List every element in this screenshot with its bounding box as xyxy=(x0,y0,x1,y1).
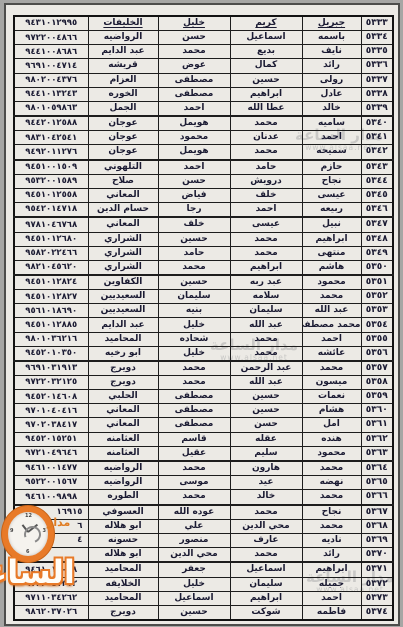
family-name-cell: دويرج xyxy=(88,361,158,376)
father-name-cell: سليمان xyxy=(230,304,302,318)
father-name-cell: احمد xyxy=(230,203,302,218)
first-name-cell: محمد xyxy=(302,519,361,533)
father-name-cell: ابراهيم xyxy=(230,591,302,605)
table-row: ٥٣٤٥عيسىخلففياضالمعاني٩٤٥١٠١٢٥٥٨ xyxy=(14,188,393,202)
phone-cell: ٩٥٨٢٠٢٢٤٦٦ xyxy=(14,246,88,260)
first-name-cell: جبريل xyxy=(302,16,361,31)
table-row: ٥٣٣٧رولىحسينمصطفىالعزام٩٨٠٢٠٠٤٣٧٦ xyxy=(14,73,393,87)
serial-cell: ٥٣٥٦ xyxy=(361,346,393,361)
first-name-cell: نهضه xyxy=(302,476,361,490)
family-name-cell: الخوره xyxy=(88,87,158,101)
first-name-cell: جميله xyxy=(302,577,361,591)
family-name-cell: العثامنه xyxy=(88,446,158,461)
first-name-cell: هشام xyxy=(302,404,361,418)
phone-cell: ٩٤٦١٠١٠٠٧٨ xyxy=(14,562,88,577)
serial-cell: ٥٣٤٣ xyxy=(361,160,393,175)
phone-cell: ٩٤٤١٠١٣٢٤٣ xyxy=(14,87,88,101)
family-name-cell: الخليفات xyxy=(88,16,158,31)
grandfather-name-cell: موسى xyxy=(158,476,230,490)
family-name-cell: الطوره xyxy=(88,490,158,505)
serial-cell: ٥٣٦٩ xyxy=(361,533,393,547)
grandfather-name-cell: مصطفى xyxy=(158,418,230,432)
grandfather-name-cell: حسن xyxy=(158,174,230,188)
family-name-cell: المعاني xyxy=(88,404,158,418)
father-name-cell: عطا الله xyxy=(230,101,302,116)
serial-cell: ٥٣٦٠ xyxy=(361,404,393,418)
grandfather-name-cell: محمد xyxy=(158,376,230,390)
first-name-cell: محمد xyxy=(302,361,361,376)
phone-cell: ٩٧١١٠٣٤٢٦٢ xyxy=(14,591,88,605)
serial-cell: ٥٣٥٩ xyxy=(361,390,393,404)
family-name-cell: حسام الدين xyxy=(88,203,158,218)
father-name-cell: عبد الرحمن xyxy=(230,361,302,376)
serial-cell: ٥٣٤٤ xyxy=(361,174,393,188)
serial-cell: ٥٣٥٤ xyxy=(361,318,393,332)
first-name-cell: هاشم xyxy=(302,260,361,275)
table-row: ٥٣٥٢محمدسلامهسليمانالسعيديين٩٤٥١٠١٢٨٢٧ xyxy=(14,290,393,304)
phone-cell: ٩٦٩١٠٠٤٧١٤ xyxy=(14,59,88,73)
table-row: ٥٣٦٧نجاحمحمدعوده اللهالعسوفي١٦٩١٥ xyxy=(14,505,393,520)
first-name-cell: ربيعه xyxy=(302,203,361,218)
serial-cell: ٥٣٦٥ xyxy=(361,476,393,490)
first-name-cell: نبيل xyxy=(302,217,361,232)
grandfather-name-cell: محمد xyxy=(158,361,230,376)
first-name-cell: نعمات xyxy=(302,390,361,404)
family-name-cell: عوجان xyxy=(88,116,158,131)
father-name-cell: شوكت xyxy=(230,605,302,620)
father-name-cell: محمد xyxy=(230,116,302,131)
grandfather-name-cell: محمود xyxy=(158,131,230,145)
table-row: ٥٣٥٣عبد اللهسليمانبنيهالسعيديين٩٥٦١٠١٨٦٩… xyxy=(14,304,393,318)
grandfather-name-cell: حامد xyxy=(158,246,230,260)
family-name-cell: الرواضيه xyxy=(88,31,158,45)
grandfather-name-cell: احمد xyxy=(158,101,230,116)
serial-cell: ٥٣٤٩ xyxy=(361,246,393,260)
first-name-cell: نجاح xyxy=(302,505,361,520)
grandfather-name-cell: خليل xyxy=(158,318,230,332)
grandfather-name-cell: هويمل xyxy=(158,116,230,131)
father-name-cell: حسين xyxy=(230,73,302,87)
father-name-cell: محمد xyxy=(230,505,302,520)
family-name-cell: المعاني xyxy=(88,418,158,432)
family-name-cell: المعاني xyxy=(88,217,158,232)
serial-cell: ٥٣٣٧ xyxy=(361,73,393,87)
serial-cell: ٥٣٤٢ xyxy=(361,145,393,160)
grandfather-name-cell: جعفر xyxy=(158,562,230,577)
table-row: ٥٣٤٦ربيعهاحمدرجاحسام الدين٩٥٤٢٠١٤٧١٨ xyxy=(14,203,393,218)
serial-cell: ٥٣٦٤ xyxy=(361,461,393,476)
family-name-cell: دويرج xyxy=(88,605,158,620)
phone-cell: ٩٤٥١٠١٢٦٨٠ xyxy=(14,232,88,246)
grandfather-name-cell: محمد xyxy=(158,260,230,275)
phone-cell: ٩٨٢١٠٤٥٦٢٠ xyxy=(14,260,88,275)
family-name-cell: دويرج xyxy=(88,376,158,390)
table-row: ٥٣٥٦عائشهمحمدخليلابو رخيه٩٤٥٢٠١٠٣٥٠ xyxy=(14,346,393,361)
table-row: ٥٣٥٥احمدمحمدشحادهالمحاميد٩٨٠١٠٣٦٢١٦ xyxy=(14,332,393,346)
first-name-cell: محمد xyxy=(302,461,361,476)
serial-cell: ٥٣٧٠ xyxy=(361,547,393,562)
family-name-cell: المحاميد xyxy=(88,562,158,577)
phone-cell: ١٦٩١٥ xyxy=(14,505,88,520)
phone-cell: ٩٧٢٢٠٤١٣١٢ xyxy=(14,577,88,591)
family-name-cell: ابو هلاله xyxy=(88,519,158,533)
phone-cell: ٩٤٦١٠٠٩٨٩٨ xyxy=(14,490,88,505)
first-name-cell: خالد xyxy=(302,101,361,116)
father-name-cell: عيسى xyxy=(230,217,302,232)
grandfather-name-cell: محي الدين xyxy=(158,547,230,562)
phone-cell: ٩٨٦٢٠٣٧٠٢٦ xyxy=(14,605,88,620)
phone-cell: ٩٧٠٢٠٣٨٤١٧ xyxy=(14,418,88,432)
grandfather-name-cell: عوض xyxy=(158,59,230,73)
phone-cell: ٩٨٠٢٠٠٤٣٧٦ xyxy=(14,73,88,87)
grandfather-name-cell: مصطفى xyxy=(158,390,230,404)
first-name-cell: ساميه xyxy=(302,116,361,131)
family-name-cell: العسوفي xyxy=(88,505,158,520)
table-row: ٥٣٧١ابراهيماسماعيلجعفرالمحاميد٩٤٦١٠١٠٠٧٨ xyxy=(14,562,393,577)
table-row: ٥٣٥٧محمدعبد الرحمنمحمددويرج٩٦٩١٠٣١٩١٣ xyxy=(14,361,393,376)
serial-cell: ٥٣٥٣ xyxy=(361,304,393,318)
serial-cell: ٥٣٥٨ xyxy=(361,376,393,390)
first-name-cell: محمود xyxy=(302,446,361,461)
grandfather-name-cell: احمد xyxy=(158,160,230,175)
first-name-cell: محمد xyxy=(302,490,361,505)
father-name-cell: عقله xyxy=(230,432,302,446)
table-row: ٥٣٤٨ابراهيممحمدحسينالشراري٩٤٥١٠١٢٦٨٠ xyxy=(14,232,393,246)
serial-cell: ٥٣٣٩ xyxy=(361,101,393,116)
grandfather-name-cell: علي xyxy=(158,519,230,533)
father-name-cell: حسن xyxy=(230,418,302,432)
family-name-cell: العزام xyxy=(88,73,158,87)
phone-cell: ٩٧٢٢٠٣٢١٢٥ xyxy=(14,376,88,390)
first-name-cell: رائد xyxy=(302,59,361,73)
phone-cell: ٩٨٣١٠٤٢٥٤١ xyxy=(14,131,88,145)
first-name-cell: ميسون xyxy=(302,376,361,390)
first-name-cell: ابراهيم xyxy=(302,232,361,246)
family-name-cell: الرواضيه xyxy=(88,476,158,490)
grandfather-name-cell: مصطفى xyxy=(158,73,230,87)
phone-cell: ٩٤٣١٠١٢٩٩٥ xyxy=(14,16,88,31)
father-name-cell: كريم xyxy=(230,16,302,31)
phone-cell: ٩٥٤٢٠١٤٧١٨ xyxy=(14,203,88,218)
first-name-cell: محمد xyxy=(302,290,361,304)
first-name-cell: احمد xyxy=(302,131,361,145)
table-row: ٥٣٦٩ناديهعارفمنصورحسونه٤ xyxy=(14,533,393,547)
family-name-cell: الكفاوين xyxy=(88,275,158,290)
father-name-cell: عيد xyxy=(230,476,302,490)
table-row: ٥٣٣٣جبريلكريمخليلالخليفات٩٤٣١٠١٢٩٩٥ xyxy=(14,16,393,31)
table-row: ٥٣٣٦رائدكمالعوضقريشه٩٦٩١٠٠٤٧١٤ xyxy=(14,59,393,73)
grandfather-name-cell: منصور xyxy=(158,533,230,547)
table-row: ٥٣٣٨عادلابراهيممصطفىالخوره٩٤٤١٠١٣٢٤٣ xyxy=(14,87,393,101)
family-name-cell: المحاميد xyxy=(88,332,158,346)
father-name-cell: محمد xyxy=(230,346,302,361)
phone-cell: ٦ xyxy=(14,519,88,533)
first-name-cell: محمود xyxy=(302,275,361,290)
grandfather-name-cell: محمد xyxy=(158,45,230,59)
grandfather-name-cell: حسين xyxy=(158,275,230,290)
father-name-cell: محمد xyxy=(230,547,302,562)
phone-cell: ٤ xyxy=(14,533,88,547)
grandfather-name-cell: محمد xyxy=(158,490,230,505)
father-name-cell: كمال xyxy=(230,59,302,73)
grandfather-name-cell: عقيل xyxy=(158,446,230,461)
phone-cell: ٩٤٤٢٠١٢٥٨٨ xyxy=(14,116,88,131)
table-row: ٥٣٤٠ساميهمحمدهويملعوجان٩٤٤٢٠١٢٥٨٨ xyxy=(14,116,393,131)
phone-cell: ٩٤٥١٠١٢٥٥٨ xyxy=(14,188,88,202)
phone-cell: ٩٤٥١٠١٢٨٢٤ xyxy=(14,275,88,290)
family-name-cell: الرواضيه xyxy=(88,461,158,476)
grandfather-name-cell: مصطفى xyxy=(158,87,230,101)
serial-cell: ٥٣٦٧ xyxy=(361,505,393,520)
grandfather-name-cell: حسين xyxy=(158,232,230,246)
serial-cell: ٥٣٥٠ xyxy=(361,260,393,275)
grandfather-name-cell: خليل xyxy=(158,577,230,591)
grandfather-name-cell: خلف xyxy=(158,217,230,232)
table-row: ٥٣٦٠هشامحسينمصطفىالمعاني٩٧٠١٠٤٠٤١٦ xyxy=(14,404,393,418)
phone-cell: ٩٤٥٢٠١٥٢٥١ xyxy=(14,432,88,446)
grandfather-name-cell: عوده الله xyxy=(158,505,230,520)
serial-cell: ٥٣٧٣ xyxy=(361,591,393,605)
table-row: ٥٣٥٤محمد مصطفىعبد اللهخليلعبد الدايم٩٤٥١… xyxy=(14,318,393,332)
serial-cell: ٥٣٣٨ xyxy=(361,87,393,101)
serial-cell: ٥٣٧٤ xyxy=(361,605,393,620)
father-name-cell: ابراهيم xyxy=(230,260,302,275)
scanned-page: مدار الساعة www.alsaa.net مدار الساعة ww… xyxy=(0,0,403,627)
first-name-cell: نجاح xyxy=(302,174,361,188)
table-row: ٥٣٥٨ميسونعبد اللهمحمددويرج٩٧٢٢٠٣٢١٢٥ xyxy=(14,376,393,390)
grandfather-name-cell: بنيه xyxy=(158,304,230,318)
serial-cell: ٥٣٥٧ xyxy=(361,361,393,376)
first-name-cell: عيسى xyxy=(302,188,361,202)
grandfather-name-cell: خليل xyxy=(158,16,230,31)
father-name-cell: محمد xyxy=(230,145,302,160)
grandfather-name-cell: محمد xyxy=(158,461,230,476)
father-name-cell: عارف xyxy=(230,533,302,547)
serial-cell: ٥٣٥١ xyxy=(361,275,393,290)
first-name-cell: ابراهيم xyxy=(302,562,361,577)
serial-cell: ٥٣٣٣ xyxy=(361,16,393,31)
father-name-cell: خالد xyxy=(230,490,302,505)
grandfather-name-cell: حسن xyxy=(158,31,230,45)
phone-cell: ٩٤٤١٠٠٨٦٨٦ xyxy=(14,45,88,59)
first-name-cell: رولى xyxy=(302,73,361,87)
phone-cell: ٩٥٦١٠١٨٦٩٠ xyxy=(14,304,88,318)
grandfather-name-cell: فياض xyxy=(158,188,230,202)
family-name-cell: عوجان xyxy=(88,145,158,160)
first-name-cell: امل xyxy=(302,418,361,432)
serial-cell: ٥٣٧١ xyxy=(361,562,393,577)
phone-cell: ٩٤٥١٠٠١٥٠٩ xyxy=(14,160,88,175)
phone-cell: ٩٨٠١٠٥٩٨٦٣ xyxy=(14,101,88,116)
grandfather-name-cell: حسين xyxy=(158,605,230,620)
table-row: ٥٣٦٤محمدهارونمحمدالرواضيه٩٤٦١٠٠١٤٧٧ xyxy=(14,461,393,476)
father-name-cell: اسماعيل xyxy=(230,31,302,45)
phone-cell: ٩٧٢١٠٤٩٦٤٦ xyxy=(14,446,88,461)
serial-cell: ٥٣٣٦ xyxy=(361,59,393,73)
first-name-cell: عبد الله xyxy=(302,304,361,318)
family-name-cell: الحلبي xyxy=(88,390,158,404)
first-name-cell: فاطمه xyxy=(302,605,361,620)
first-name-cell: هنده xyxy=(302,432,361,446)
family-name-cell: المعاني xyxy=(88,188,158,202)
family-name-cell: ابو هلاله xyxy=(88,547,158,562)
table-row: ٥٣٦٢هندهعقلهقاسمالعثامنه٩٤٥٢٠١٥٢٥١ xyxy=(14,432,393,446)
serial-cell: ٥٣٣٤ xyxy=(361,31,393,45)
table-row: ٥٣٦٥نهضهعيدموسىالرواضيه٩٥٢٢٠٠١٥٦٧ xyxy=(14,476,393,490)
father-name-cell: محمد xyxy=(230,332,302,346)
serial-cell: ٥٣٤٠ xyxy=(361,116,393,131)
table-row: ٥٣٤٩منتهىمحمدحامدالشراري٩٥٨٢٠٢٢٤٦٦ xyxy=(14,246,393,260)
father-name-cell: هارون xyxy=(230,461,302,476)
father-name-cell: سليمان xyxy=(230,577,302,591)
father-name-cell: سلامه xyxy=(230,290,302,304)
table-row: ٥٣٤٢سميحهمحمدهويملعوجان٩٤٩٢٠١١٢٧٦ xyxy=(14,145,393,160)
grandfather-name-cell: رجا xyxy=(158,203,230,218)
serial-cell: ٥٣٤٨ xyxy=(361,232,393,246)
serial-cell: ٥٣٣٥ xyxy=(361,45,393,59)
phone-cell: ٩٥٢٢٠٠١٥٦٧ xyxy=(14,476,88,490)
first-name-cell: حازم xyxy=(302,160,361,175)
family-name-cell: الشراري xyxy=(88,246,158,260)
father-name-cell: محمد xyxy=(230,232,302,246)
table-row: ٥٣٤١احمدعدنانمحمودعوجان٩٨٣١٠٤٢٥٤١ xyxy=(14,131,393,145)
roster-table-body: ٥٣٣٣جبريلكريمخليلالخليفات٩٤٣١٠١٢٩٩٥٥٣٣٤ب… xyxy=(14,16,393,620)
serial-cell: ٥٣٤٧ xyxy=(361,217,393,232)
serial-cell: ٥٣٧٢ xyxy=(361,577,393,591)
father-name-cell: درويش xyxy=(230,174,302,188)
grandfather-name-cell: شحاده xyxy=(158,332,230,346)
table-row: ٥٣٦١املحسنمصطفىالمعاني٩٧٠٢٠٣٨٤١٧ xyxy=(14,418,393,432)
phone-cell: ٩٧٠١٠٤٠٤١٦ xyxy=(14,404,88,418)
serial-cell: ٥٣٦٣ xyxy=(361,446,393,461)
father-name-cell: عدنان xyxy=(230,131,302,145)
family-name-cell: قريشه xyxy=(88,59,158,73)
phone-cell: ٩٧٢٢٠٠٤٨٦٦ xyxy=(14,31,88,45)
first-name-cell: باسمه xyxy=(302,31,361,45)
serial-cell: ٥٣٤٦ xyxy=(361,203,393,218)
table-row: ٥٣٧٣احمدابراهيماسماعيلالمحاميد٩٧١١٠٣٤٢٦٢ xyxy=(14,591,393,605)
father-name-cell: بديع xyxy=(230,45,302,59)
family-name-cell: التلهوني xyxy=(88,160,158,175)
phone-cell: ٩٧٨١٠٤٦٧٦٨ xyxy=(14,217,88,232)
table-row: ٥٣٦٣محمودسليمعقيلالعثامنه٩٧٢١٠٤٩٦٤٦ xyxy=(14,446,393,461)
table-row: ٥٣٤٣حازمحامداحمدالتلهوني٩٤٥١٠٠١٥٠٩ xyxy=(14,160,393,175)
father-name-cell: عبد الله xyxy=(230,318,302,332)
serial-cell: ٥٣٦١ xyxy=(361,418,393,432)
phone-cell: ٩٤٦١٠٠١٤٧٧ xyxy=(14,461,88,476)
first-name-cell: احمد xyxy=(302,332,361,346)
family-name-cell: عبد الدايم xyxy=(88,318,158,332)
first-name-cell: محمد مصطفى xyxy=(302,318,361,332)
table-row: ٥٣٥١محمودعبد ربهحسينالكفاوين٩٤٥١٠١٢٨٢٤ xyxy=(14,275,393,290)
father-name-cell: حامد xyxy=(230,160,302,175)
serial-cell: ٥٣٤٥ xyxy=(361,188,393,202)
table-row: ٥٣٧٠رائدمحمدمحي الدينابو هلاله xyxy=(14,547,393,562)
father-name-cell: محي الدين xyxy=(230,519,302,533)
grandfather-name-cell: مصطفى xyxy=(158,404,230,418)
family-name-cell: الشراري xyxy=(88,232,158,246)
table-row: ٥٣٦٨محمدمحي الدينعليابو هلاله٦ xyxy=(14,519,393,533)
table-row: ٥٣٤٧نبيلعيسىخلفالمعاني٩٧٨١٠٤٦٧٦٨ xyxy=(14,217,393,232)
grandfather-name-cell: قاسم xyxy=(158,432,230,446)
family-name-cell: العثامنه xyxy=(88,432,158,446)
father-name-cell: اسماعيل xyxy=(230,562,302,577)
family-name-cell: ابو رخيه xyxy=(88,346,158,361)
table-row: ٥٣٣٥نايفبديعمحمدعبد الدايم٩٤٤١٠٠٨٦٨٦ xyxy=(14,45,393,59)
serial-cell: ٥٣٥٢ xyxy=(361,290,393,304)
first-name-cell: سميحه xyxy=(302,145,361,160)
phone-cell: ٩٤٩٢٠١١٢٧٦ xyxy=(14,145,88,160)
serial-cell: ٥٣٦٦ xyxy=(361,490,393,505)
first-name-cell: عائشه xyxy=(302,346,361,361)
phone-cell xyxy=(14,547,88,562)
first-name-cell: نايف xyxy=(302,45,361,59)
phone-cell: ٩٤٥٢٠١٤٦٠٨ xyxy=(14,390,88,404)
phone-cell: ٩٤٥٢٠١٠٣٥٠ xyxy=(14,346,88,361)
first-name-cell: منتهى xyxy=(302,246,361,260)
phone-cell: ٩٨٠١٠٣٦٢١٦ xyxy=(14,332,88,346)
father-name-cell: حسين xyxy=(230,390,302,404)
table-row: ٥٣٥٩نعماتحسينمصطفىالحلبي٩٤٥٢٠١٤٦٠٨ xyxy=(14,390,393,404)
family-name-cell: عوجان xyxy=(88,131,158,145)
serial-cell: ٥٣٤١ xyxy=(361,131,393,145)
family-name-cell: الخلايفه xyxy=(88,577,158,591)
father-name-cell: عبد الله xyxy=(230,376,302,390)
family-name-cell: السعيديين xyxy=(88,290,158,304)
family-name-cell: المحاميد xyxy=(88,591,158,605)
table-row: ٥٣٦٦محمدخالدمحمدالطوره٩٤٦١٠٠٩٨٩٨ xyxy=(14,490,393,505)
table-row: ٥٣٣٤باسمهاسماعيلحسنالرواضيه٩٧٢٢٠٠٤٨٦٦ xyxy=(14,31,393,45)
table-row: ٥٣٣٩خالدعطا اللهاحمدالجمل٩٨٠١٠٥٩٨٦٣ xyxy=(14,101,393,116)
names-roster-table: ٥٣٣٣جبريلكريمخليلالخليفات٩٤٣١٠١٢٩٩٥٥٣٣٤ب… xyxy=(13,15,394,621)
first-name-cell: احمد xyxy=(302,591,361,605)
first-name-cell: عادل xyxy=(302,87,361,101)
father-name-cell: محمد xyxy=(230,246,302,260)
father-name-cell: سليم xyxy=(230,446,302,461)
scanned-roster-screenshot: { "watermark": { "site_name": "مدار السا… xyxy=(0,0,403,627)
table-row: ٥٣٧٢جميلهسليمانخليلالخلايفه٩٧٢٢٠٤١٣١٢ xyxy=(14,577,393,591)
table-row: ٥٣٥٠هاشمابراهيممحمدالشراري٩٨٢١٠٤٥٦٢٠ xyxy=(14,260,393,275)
first-name-cell: ناديه xyxy=(302,533,361,547)
serial-cell: ٥٣٥٥ xyxy=(361,332,393,346)
grandfather-name-cell: هويمل xyxy=(158,145,230,160)
family-name-cell: حسونه xyxy=(88,533,158,547)
family-name-cell: السعيديين xyxy=(88,304,158,318)
phone-cell: ٩٥٣٢٠٠١٥٨٩ xyxy=(14,174,88,188)
father-name-cell: ابراهيم xyxy=(230,87,302,101)
father-name-cell: خلف xyxy=(230,188,302,202)
family-name-cell: الجمل xyxy=(88,101,158,116)
grandfather-name-cell: اسماعيل xyxy=(158,591,230,605)
serial-cell: ٥٣٦٢ xyxy=(361,432,393,446)
grandfather-name-cell: خليل xyxy=(158,346,230,361)
family-name-cell: عبد الدايم xyxy=(88,45,158,59)
table-row: ٥٣٤٤نجاحدرويشحسنصلاح٩٥٣٢٠٠١٥٨٩ xyxy=(14,174,393,188)
phone-cell: ٩٤٥١٠١٢٨٨٥ xyxy=(14,318,88,332)
family-name-cell: صلاح xyxy=(88,174,158,188)
phone-cell: ٩٦٩١٠٣١٩١٣ xyxy=(14,361,88,376)
family-name-cell: الشراري xyxy=(88,260,158,275)
father-name-cell: حسين xyxy=(230,404,302,418)
grandfather-name-cell: سليمان xyxy=(158,290,230,304)
first-name-cell: رائد xyxy=(302,547,361,562)
serial-cell: ٥٣٦٨ xyxy=(361,519,393,533)
father-name-cell: عبد ربه xyxy=(230,275,302,290)
table-row: ٥٣٧٤فاطمهشوكتحسيندويرج٩٨٦٢٠٣٧٠٢٦ xyxy=(14,605,393,620)
phone-cell: ٩٤٥١٠١٢٨٢٧ xyxy=(14,290,88,304)
